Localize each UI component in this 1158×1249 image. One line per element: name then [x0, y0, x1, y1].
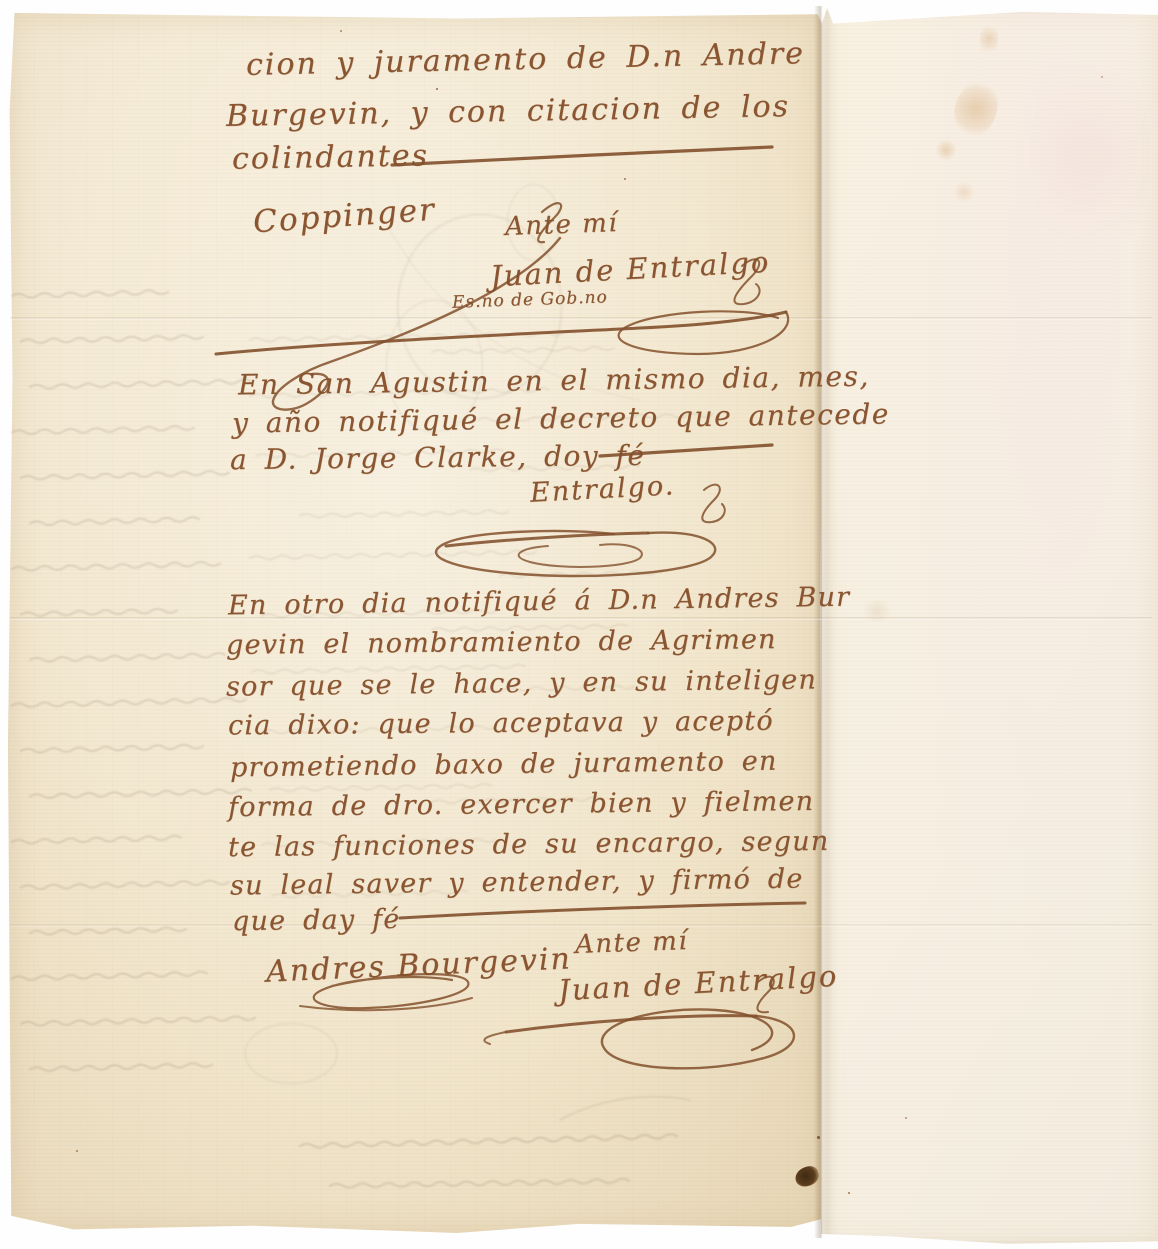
paper-speck: [340, 30, 342, 32]
paper-stain: [980, 22, 998, 56]
manuscript-line: forma de dro. exercer bien y fielmen: [228, 786, 815, 823]
paper-speck: [76, 1150, 78, 1152]
fold-crease: [10, 617, 1152, 620]
ante-mi-label: Ante mí: [505, 208, 619, 242]
paper-discoloration: [1030, 40, 1150, 270]
paper-speck: [1101, 76, 1103, 78]
document-scan: cion y juramento de D.n Andre Burgevin, …: [0, 0, 1158, 1249]
manuscript-line: cia dixo: que lo aceptava y aceptó: [228, 706, 774, 742]
page-fold-gutter: [814, 6, 828, 1238]
paper-stain: [952, 182, 976, 202]
paper-speck: [436, 88, 438, 90]
manuscript-line: gevin el nombramiento de Agrimen: [226, 624, 777, 661]
fold-crease: [10, 924, 1152, 927]
manuscript-line: te las funciones de su encargo, segun: [228, 826, 830, 863]
paper-speck: [848, 1192, 850, 1194]
ante-mi-label: Ante mí: [575, 926, 689, 960]
paper-speck: [905, 1117, 907, 1119]
manuscript-line: colindantes: [232, 138, 430, 176]
paper-stain: [936, 138, 956, 162]
manuscript-line: a D. Jorge Clarke, doy fé: [230, 439, 646, 476]
paper-speck: [817, 1136, 820, 1139]
fold-crease: [10, 317, 1152, 320]
paper-stain: [860, 600, 894, 622]
manuscript-line: que day fé: [232, 904, 401, 937]
paper-speck: [624, 178, 626, 180]
